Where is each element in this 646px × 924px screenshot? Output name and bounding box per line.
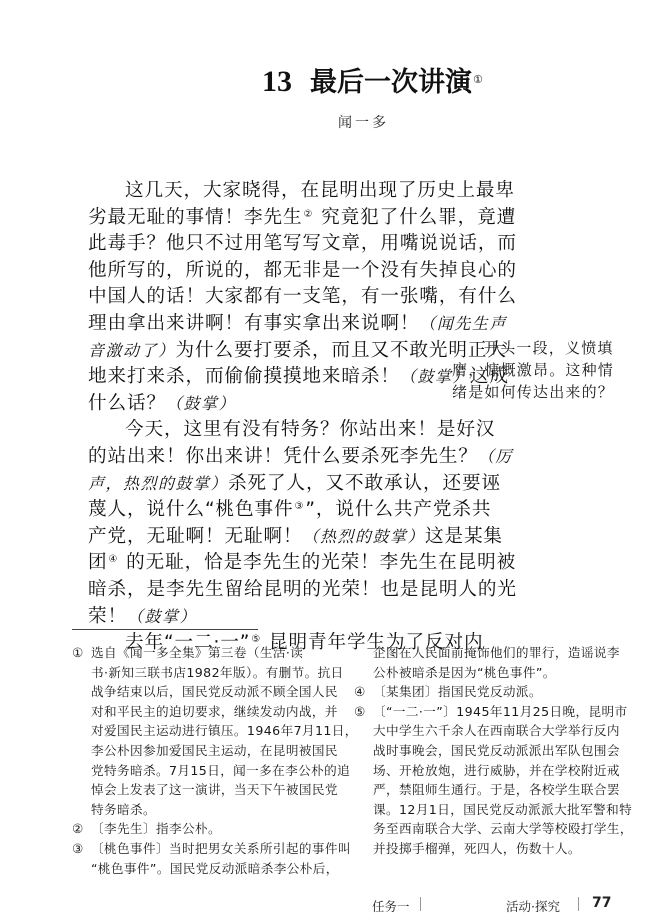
footnote-ref[interactable]: ② [303, 209, 313, 220]
footnote-continuation-line: 并投掷手榴弹，死四人，伤数十人。 [354, 839, 630, 859]
footnote-mark: ③ [72, 839, 91, 859]
footnote-continuation-line: 对和平民主的迫切要求，继续发动内战，并 [72, 702, 340, 722]
footnote-continuation-line: 务至西南联合大学、云南大学等校殴打学生， [354, 819, 630, 839]
stage-direction: （鼓掌） [127, 607, 197, 626]
body-line: 劣最无耻的事情！李先生② 究竟犯了什么罪，竟遭 [88, 205, 452, 232]
margin-note-line: 开头一段，义愤填 [452, 337, 638, 359]
footnote-continuation-line: 李公朴因参加爱国民主运动，在昆明被国民 [72, 741, 340, 761]
footnote: 企图在人民面前掩饰他们的罪行，造谣说李公朴被暗杀是因为“桃色事件”。 [354, 643, 630, 682]
margin-note-line: 膺，慷慨激昂。这种情 [452, 359, 638, 381]
body-text-segment: 地来打来杀，而偷偷摸摸地来暗杀！ [88, 366, 400, 387]
body-text-segment: 团 [88, 552, 108, 573]
footnote-ref[interactable]: ③ [294, 501, 304, 512]
footnote-mark: ② [72, 819, 91, 839]
body-line: 音激动了）为什么要打要杀，而且又不敢光明正大 [88, 338, 452, 365]
body-text-segment: 的无耻，恰是李先生的光荣！李先生在昆明被 [119, 552, 516, 573]
footnote-continuation-line: 公朴被暗杀是因为“桃色事件”。 [354, 663, 630, 683]
lesson-title-text: 最后一次讲演 [310, 67, 472, 98]
body-text-segment: 他所写的，所说的，都无非是一个没有失掉良心的 [88, 260, 517, 281]
body-line: 理由拿出来讲啊！有事实拿出来说啊！（闻先生声 [88, 311, 452, 338]
footnote-mark: ① [72, 643, 91, 663]
footnote: ④〔某集团〕指国民党反动派。 [354, 682, 630, 702]
stage-direction: 声，热烈的鼓掌） [88, 474, 228, 493]
body-text-segment: 暗杀，是李先生留给昆明的光荣！也是昆明人的光 [88, 579, 517, 600]
footnote-continuation-line: 党特务暗杀。7月15日，闻一多在李公朴的追 [72, 761, 340, 781]
body-text-segment: 产党，无耻啊！无耻啊！ [88, 526, 302, 547]
footnote-continuation-line: “桃色事件”。国民党反动派暗杀李公朴后， [72, 859, 340, 879]
footer-divider [578, 897, 579, 911]
stage-direction: （鼓掌） [166, 394, 236, 413]
footnote-mark: ⑤ [354, 702, 373, 722]
body-text-segment: 究竟犯了什么罪，竟遭 [314, 207, 516, 228]
footnote-first-line: ①选自《闻一多全集》第三卷（生活·读 [72, 643, 340, 663]
footnote-continuation-line: 课。12月1日，国民党反动派派大批军警和特 [354, 800, 630, 820]
body-line: 产党，无耻啊！无耻啊！（热烈的鼓掌）这是某集 [88, 524, 452, 551]
body-line: 团④ 的无耻，恰是李先生的光荣！李先生在昆明被 [88, 550, 452, 577]
body-line: 此毒手？他只不过用笔写写文章，用嘴说说话，而 [88, 231, 452, 258]
footnote-text: 〔桃色事件〕当时把男女关系所引起的事件叫 [91, 841, 351, 856]
footnote: ⑤〔“一二·一”〕1945年11月25日晚，昆明市大中学生六千余人在西南联合大学… [354, 702, 630, 859]
footnote-ref[interactable]: ④ [109, 554, 119, 565]
footer-section-label: 活动·探究 [506, 897, 560, 915]
body-line: 声，热烈的鼓掌）杀死了人，又不敢承认，还要诬 [88, 471, 452, 498]
body-text-segment: 此毒手？他只不过用笔写写文章，用嘴说说话，而 [88, 233, 517, 254]
body-line: 蔑人，说什么“桃色事件③”，说什么共产党杀共 [88, 497, 452, 524]
title-footnote-ref[interactable]: ① [473, 73, 483, 86]
footnote-text: 〔李先生〕指李公朴。 [91, 821, 221, 836]
body-line: 地来打来杀，而偷偷摸摸地来暗杀！（鼓掌）这成 [88, 364, 452, 391]
footnote-continuation-line: 悼会上发表了这一演讲，当天下午被国民党 [72, 780, 340, 800]
footnote-continuation-line: 大中学生六千余人在西南联合大学举行反内 [354, 721, 630, 741]
body-line: 荣！（鼓掌） [88, 604, 452, 631]
body-line: 的站出来！你出来讲！凭什么要杀死李先生？（厉 [88, 444, 452, 471]
margin-note-line: 绪是如何传达出来的？ [452, 381, 638, 403]
stage-direction: 音激动了） [88, 341, 176, 360]
page-number: 77 [592, 895, 611, 911]
footnote-continuation-line: 书·新知三联书店1982年版）。有删节。抗日 [72, 663, 340, 683]
footnote-divider [72, 629, 258, 630]
footnote-mark: ④ [354, 682, 373, 702]
body-text-segment: 中国人的话！大家都有一支笔，有一张嘴，有什么 [88, 286, 517, 307]
lesson-number: 13 [262, 65, 292, 98]
footer-divider [420, 897, 421, 911]
body-text-segment: ”，说什么共产党杀共 [305, 499, 491, 520]
footnote: ②〔李先生〕指李公朴。 [72, 819, 340, 839]
body-text-segment: 这几天，大家晓得，在昆明出现了历史上最卑 [125, 180, 515, 201]
footer-task-label: 任务一 [372, 897, 410, 915]
body-line: 暗杀，是李先生留给昆明的光荣！也是昆明人的光 [88, 577, 452, 604]
author-name: 闻一多 [338, 112, 389, 132]
footnote-text: 选自《闻一多全集》第三卷（生活·读 [91, 645, 303, 660]
speech-body-text: 这几天，大家晓得，在昆明出现了历史上最卑劣最无耻的事情！李先生② 究竟犯了什么罪… [88, 178, 452, 657]
footnote-text: 〔某集团〕指国民党反动派。 [373, 684, 542, 699]
footnote-continuation-line: 战争结束以后，国民党反动派不顾全国人民 [72, 682, 340, 702]
body-text-segment: 蔑人，说什么“桃色事件 [88, 499, 293, 520]
footnote-first-line: ③〔桃色事件〕当时把男女关系所引起的事件叫 [72, 839, 340, 859]
footnote-continuation-line: 企图在人民面前掩饰他们的罪行，造谣说李 [354, 643, 630, 663]
body-text-segment: 杀死了人，又不敢承认，还要诬 [228, 473, 501, 494]
footnote-first-line: ⑤〔“一二·一”〕1945年11月25日晚，昆明市 [354, 702, 630, 722]
body-text-segment: 劣最无耻的事情！李先生 [88, 207, 302, 228]
body-line: 中国人的话！大家都有一支笔，有一张嘴，有什么 [88, 284, 452, 311]
footnote-first-line: ②〔李先生〕指李公朴。 [72, 819, 340, 839]
footnotes-left-column: ①选自《闻一多全集》第三卷（生活·读书·新知三联书店1982年版）。有删节。抗日… [72, 643, 340, 878]
body-text-segment: 什么话？ [88, 393, 166, 414]
footnote-text: 〔“一二·一”〕1945年11月25日晚，昆明市 [373, 704, 627, 719]
margin-study-note: 开头一段，义愤填膺，慷慨激昂。这种情绪是如何传达出来的？ [452, 337, 638, 403]
stage-direction: （厉 [478, 447, 513, 466]
footnote: ①选自《闻一多全集》第三卷（生活·读书·新知三联书店1982年版）。有删节。抗日… [72, 643, 340, 819]
footnote-continuation-line: 战时事晚会，国民党反动派派出军队包围会 [354, 741, 630, 761]
footnote-first-line: ④〔某集团〕指国民党反动派。 [354, 682, 630, 702]
footnotes-right-column: 企图在人民面前掩饰他们的罪行，造谣说李公朴被暗杀是因为“桃色事件”。④〔某集团〕… [354, 643, 630, 859]
body-line: 什么话？（鼓掌） [88, 391, 452, 418]
body-line: 今天，这里有没有特务？你站出来！是好汉 [88, 417, 452, 444]
footnote-continuation-line: 场、开枪放炮，进行威胁，并在学校附近戒 [354, 761, 630, 781]
body-text-segment: 这是某集 [425, 526, 503, 547]
body-text-segment: 荣！ [88, 606, 127, 627]
stage-direction: （闻先生声 [419, 314, 507, 333]
footnote-continuation-line: 严，禁阻师生通行。于是，各校学生联合罢 [354, 780, 630, 800]
body-line: 他所写的，所说的，都无非是一个没有失掉良心的 [88, 258, 452, 285]
footnote-continuation-line: 特务暗杀。 [72, 800, 340, 820]
body-text-segment: 今天，这里有没有特务？你站出来！是好汉 [125, 419, 495, 440]
body-text-segment: 的站出来！你出来讲！凭什么要杀死李先生？ [88, 446, 478, 467]
footnote-continuation-line: 对爱国民主运动进行镇压。1946年7月11日， [72, 721, 340, 741]
body-text-segment: 理由拿出来讲啊！有事实拿出来说啊！ [88, 313, 419, 334]
stage-direction: （热烈的鼓掌） [302, 527, 425, 546]
textbook-page: 13最后一次讲演① 闻一多 这几天，大家晓得，在昆明出现了历史上最卑劣最无耻的事… [0, 0, 646, 924]
body-line: 这几天，大家晓得，在昆明出现了历史上最卑 [88, 178, 452, 205]
footnote: ③〔桃色事件〕当时把男女关系所引起的事件叫“桃色事件”。国民党反动派暗杀李公朴后… [72, 839, 340, 878]
lesson-title: 13最后一次讲演① [262, 60, 562, 104]
